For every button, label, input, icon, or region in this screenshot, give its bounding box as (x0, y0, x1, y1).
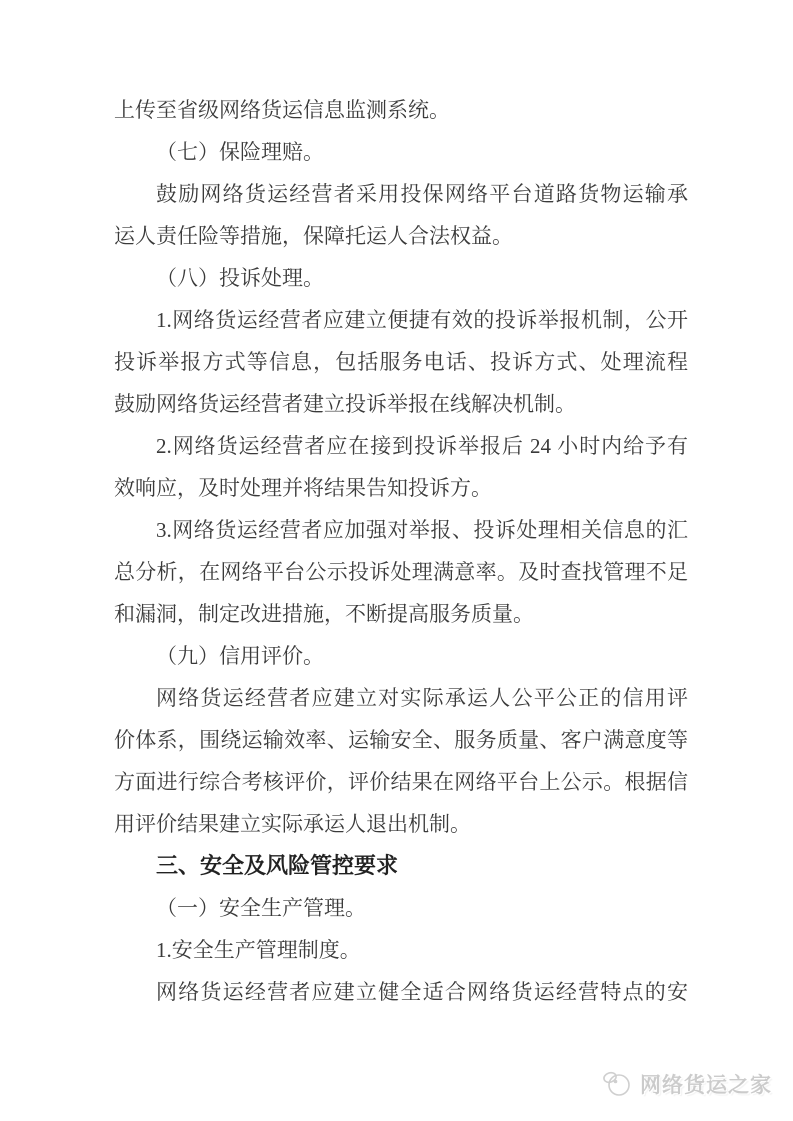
text-line: 价体系，围绕运输效率、运输安全、服务质量、客户满意度等 (114, 719, 688, 761)
watermark: 网络货运之家 (601, 1068, 772, 1100)
text-line: 用评价结果建立实际承运人退出机制。 (114, 803, 688, 845)
text-line: 鼓励网络货运经营者采用投保网络平台道路货物运输承 (114, 173, 688, 215)
text-line: 效响应，及时处理并将结果告知投诉方。 (114, 467, 688, 509)
watermark-label: 网络货运之家 (640, 1069, 772, 1099)
document-text: 上传至省级网络货运信息监测系统。（七）保险理赔。鼓励网络货运经营者采用投保网络平… (114, 89, 688, 1013)
section-heading: 三、安全及风险管控要求 (114, 845, 688, 887)
text-line: 3.网络货运经营者应加强对举报、投诉处理相关信息的汇 (114, 509, 688, 551)
text-line: 投诉举报方式等信息，包括服务电话、投诉方式、处理流程等。 (114, 341, 688, 383)
text-line: （七）保险理赔。 (114, 131, 688, 173)
text-line: 2.网络货运经营者应在接到投诉举报后 24 小时内给予有 (114, 425, 688, 467)
text-line: 网络货运经营者应建立对实际承运人公平公正的信用评 (114, 677, 688, 719)
text-line: （九）信用评价。 (114, 635, 688, 677)
text-line: 网络货运经营者应建立健全适合网络货运经营特点的安 (114, 971, 688, 1013)
bird-logo-icon (601, 1068, 633, 1100)
text-line: （八）投诉处理。 (114, 257, 688, 299)
text-line: 和漏洞，制定改进措施，不断提高服务质量。 (114, 593, 688, 635)
text-line: 上传至省级网络货运信息监测系统。 (114, 89, 688, 131)
text-line: （一）安全生产管理。 (114, 887, 688, 929)
text-line: 方面进行综合考核评价，评价结果在网络平台上公示。根据信 (114, 761, 688, 803)
text-line: 1.网络货运经营者应建立便捷有效的投诉举报机制，公开 (114, 299, 688, 341)
text-line: 总分析，在网络平台公示投诉处理满意率。及时查找管理不足 (114, 551, 688, 593)
text-line: 运人责任险等措施，保障托运人合法权益。 (114, 215, 688, 257)
document-page: 上传至省级网络货运信息监测系统。（七）保险理赔。鼓励网络货运经营者采用投保网络平… (0, 0, 793, 1121)
text-line: 1.安全生产管理制度。 (114, 929, 688, 971)
text-line: 鼓励网络货运经营者建立投诉举报在线解决机制。 (114, 383, 688, 425)
